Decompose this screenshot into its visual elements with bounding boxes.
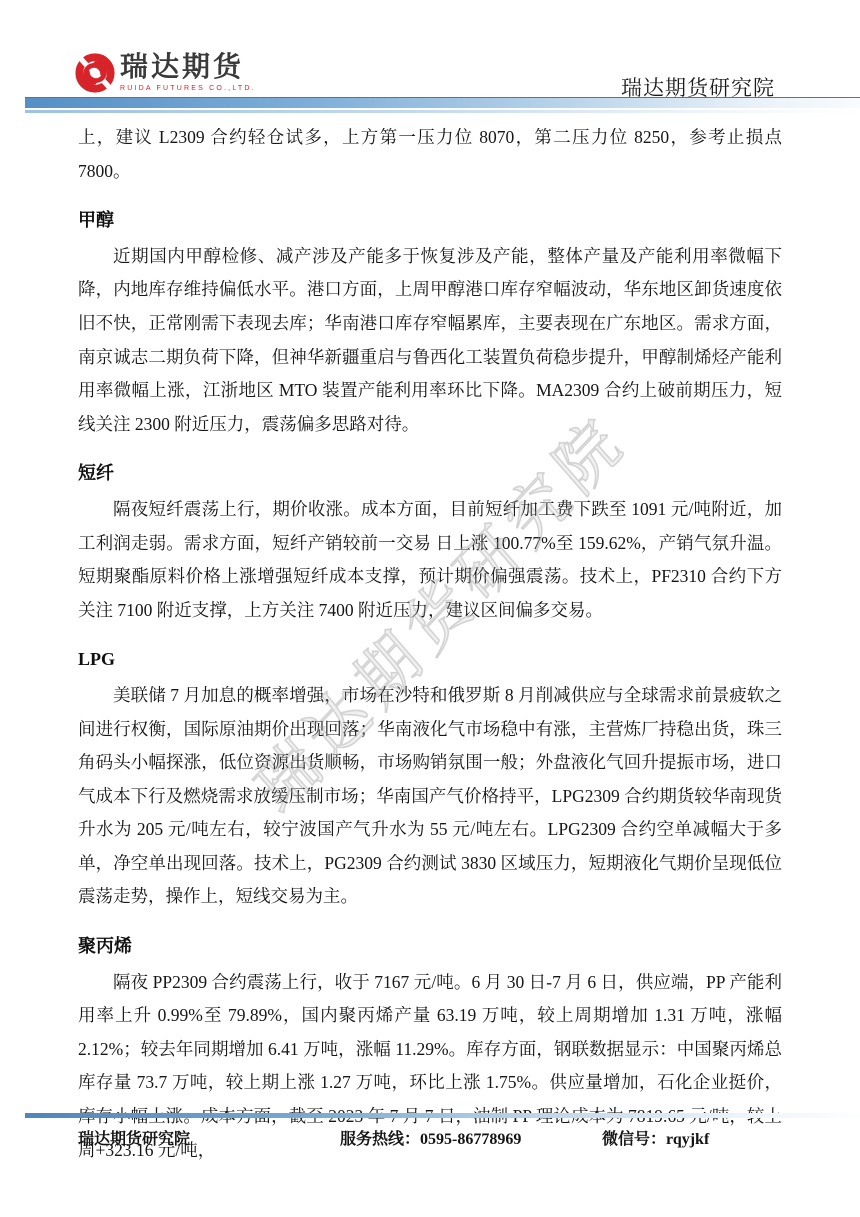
section-heading-methanol: 甲醇 <box>78 204 782 238</box>
document-body: 上，建议 L2309 合约轻仓试多，上方第一压力位 8070，第二压力位 825… <box>78 121 782 1167</box>
report-page: 瑞达期货 RUIDA FUTURES CO.,LTD. 瑞达期货研究院 瑞达期货… <box>0 0 860 1217</box>
section-paragraph-short-fiber: 隔夜短纤震荡上行，期价收涨。成本方面，目前短纤加工费下跌至 1091 元/吨附近… <box>78 493 782 627</box>
section-heading-lpg: LPG <box>78 643 782 677</box>
section-heading-polypropylene: 聚丙烯 <box>78 930 782 964</box>
company-logo: 瑞达期货 RUIDA FUTURES CO.,LTD. <box>74 51 256 95</box>
footer-wechat: 微信号：rqyjkf <box>602 1126 709 1149</box>
logo-text-block: 瑞达期货 RUIDA FUTURES CO.,LTD. <box>120 51 256 92</box>
section-paragraph-methanol: 近期国内甲醇检修、减产涉及产能多于恢复涉及产能，整体产量及产能利用率微幅下降，内… <box>78 240 782 442</box>
intro-paragraph: 上，建议 L2309 合约轻仓试多，上方第一压力位 8070，第二压力位 825… <box>78 121 782 188</box>
footer-institute: 瑞达期货研究院 <box>78 1126 190 1149</box>
ruida-swirl-icon <box>74 51 116 95</box>
header-rule-thin <box>25 110 860 113</box>
header-institute-title: 瑞达期货研究院 <box>621 72 775 102</box>
section-heading-short-fiber: 短纤 <box>78 457 782 491</box>
section-paragraph-lpg: 美联储 7 月加息的概率增强，市场在沙特和俄罗斯 8 月削减供应与全球需求前景疲… <box>78 679 782 914</box>
logo-tagline: RUIDA FUTURES CO.,LTD. <box>120 85 256 92</box>
logo-name: 瑞达期货 <box>120 51 256 83</box>
footer-rule <box>25 1113 860 1118</box>
footer-hotline: 服务热线：0595-86778969 <box>340 1126 521 1149</box>
